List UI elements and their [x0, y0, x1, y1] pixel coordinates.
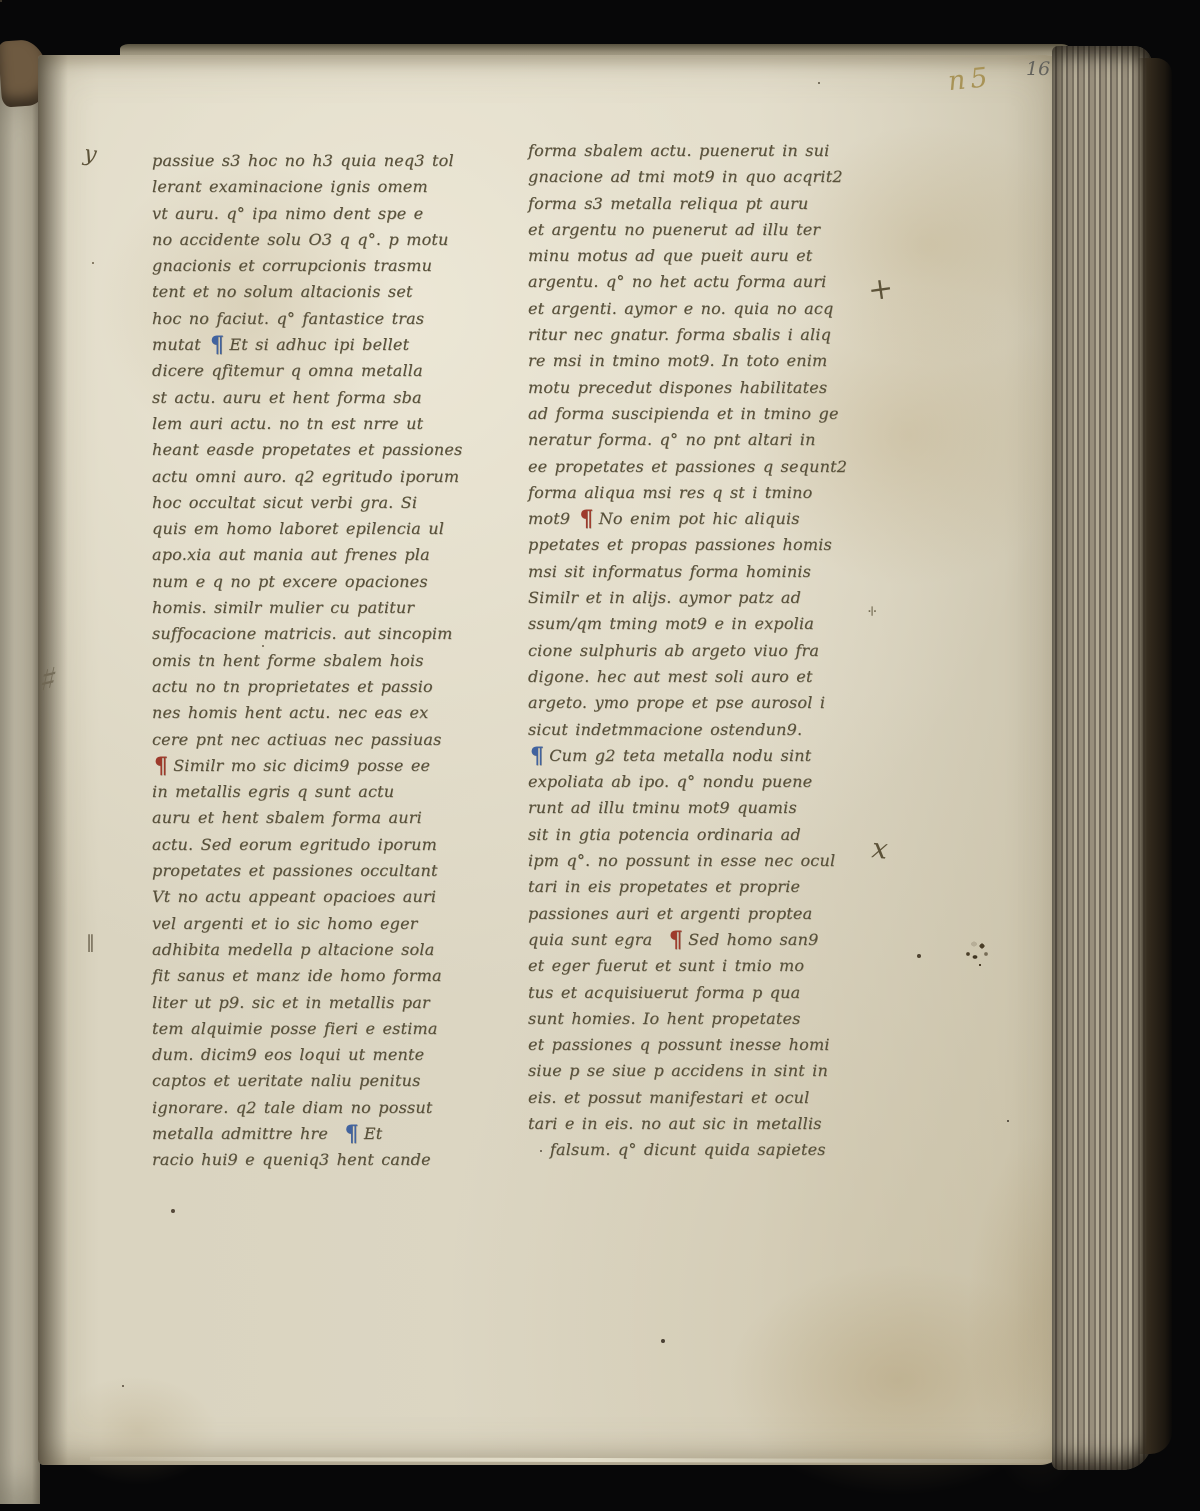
text-line: liter ut p9. sic et in metallis par	[152, 990, 492, 1016]
text-line: cione sulphuris ab argeto viuo fra	[528, 638, 918, 664]
text-line: runt ad illu tminu mot9 quamis	[528, 795, 918, 821]
paragraph-mark: ¶	[580, 511, 594, 527]
text-line: nes homis hent actu. nec eas ex	[152, 700, 492, 726]
text-line: ppetates et propas passiones homis	[528, 532, 918, 558]
text-line: ee propetates et passiones q sequnt2	[528, 454, 918, 480]
text-line: actu omni auro. q2 egritudo iporum	[152, 464, 492, 490]
text-line: falsum. q° dicunt quida sapietes	[528, 1137, 918, 1163]
text-line: adhibita medella p altacione sola	[152, 937, 492, 963]
text-line: ad forma suscipienda et in tmino ge	[528, 401, 918, 427]
text-line: quis em homo laboret epilencia ul	[152, 516, 492, 542]
text-line: quia sunt egra ¶Sed homo san9	[528, 927, 918, 953]
text-line: metalla admittre hre ¶Et	[152, 1121, 492, 1147]
fore-edge-pages	[1052, 46, 1152, 1470]
ink-blot	[962, 938, 996, 968]
previous-page-edge	[0, 72, 40, 1504]
photo-backdrop: n5 16 y ♯ ‖ + ÷ x passiue s3 hoc no h3 q…	[0, 0, 1200, 1511]
stain-bottom-left	[58, 1375, 218, 1485]
text-line: passiones auri et argenti proptea	[528, 901, 918, 927]
text-line: motu precedut dispones habilitates	[528, 375, 918, 401]
text-line: hoc occultat sicut verbi gra. Si	[152, 490, 492, 516]
text-line: sunt homies. Io hent propetates	[528, 1006, 918, 1032]
paragraph-mark: ¶	[210, 337, 224, 353]
text-line: tari e in eis. no aut sic in metallis	[528, 1111, 918, 1137]
text-line: num e q no pt excere opaciones	[152, 569, 492, 595]
text-line: auru et hent sbalem forma auri	[152, 805, 492, 831]
text-line: heant easde propetates et passiones	[152, 437, 492, 463]
text-line: tent et no solum altacionis set	[152, 279, 492, 305]
text-line: ignorare. q2 tale diam no possut	[152, 1095, 492, 1121]
text-line: suffocacione matricis. aut sincopim	[152, 621, 492, 647]
text-column-right: forma sbalem actu. puenerut in suignacio…	[528, 138, 918, 1164]
text-line: et eger fuerut et sunt i tmio mo	[528, 953, 918, 979]
text-line: argeto. ymo prope et pse aurosol i	[528, 690, 918, 716]
text-line: in metallis egris q sunt actu	[152, 779, 492, 805]
gutter-shadow	[38, 55, 68, 1465]
text-line: et argenti. aymor e no. quia no acq	[528, 296, 918, 322]
folio-number-pencil: 16	[1026, 58, 1050, 80]
text-line: ritur nec gnatur. forma sbalis i aliq	[528, 322, 918, 348]
text-line: cere pnt nec actiuas nec passiuas	[152, 727, 492, 753]
paragraph-mark: ¶	[669, 932, 683, 948]
text-line: gnacionis et corrupcionis trasmu	[152, 253, 492, 279]
text-line: et argentu no puenerut ad illu ter	[528, 217, 918, 243]
text-line: digone. hec aut mest soli auro et	[528, 664, 918, 690]
text-line: no accidente solu O3 q q°. p motu	[152, 227, 492, 253]
text-line: actu no tn proprietates et passio	[152, 674, 492, 700]
text-line: siue p se siue p accidens in sint in	[528, 1058, 918, 1084]
text-line: apo.xia aut mania aut frenes pla	[152, 542, 492, 568]
text-column-left: passiue s3 hoc no h3 quia neq3 tollerant…	[152, 148, 492, 1174]
text-line: lerant examinacione ignis omem	[152, 174, 492, 200]
text-line: ¶Similr mo sic dicim9 posse ee	[152, 753, 492, 779]
text-line: omis tn hent forme sbalem hois	[152, 648, 492, 674]
margin-mark-double-stroke: ‖	[86, 932, 95, 953]
text-line: vt auru. q° ipa nimo dent spe e	[152, 201, 492, 227]
text-line: fit sanus et manz ide homo forma	[152, 963, 492, 989]
text-line: argentu. q° no het actu forma auri	[528, 269, 918, 295]
text-line: mutat ¶Et si adhuc ipi bellet	[152, 332, 492, 358]
text-line: et passiones q possunt inesse homi	[528, 1032, 918, 1058]
text-line: mot9 ¶No enim pot hic aliquis	[528, 506, 918, 532]
paragraph-mark: ¶	[345, 1126, 359, 1142]
text-line: sicut indetmmacione ostendun9.	[528, 717, 918, 743]
dirt-specks	[0, 0, 2, 2]
text-line: tari in eis propetates et proprie	[528, 874, 918, 900]
text-line: ¶Cum g2 teta metalla nodu sint	[528, 743, 918, 769]
text-line: forma s3 metalla reliqua pt auru	[528, 191, 918, 217]
text-line: gnacione ad tmi mot9 in quo acqrit2	[528, 164, 918, 190]
text-line: st actu. auru et hent forma sba	[152, 385, 492, 411]
text-line: lem auri actu. no tn est nrre ut	[152, 411, 492, 437]
text-line: eis. et possut manifestari et ocul	[528, 1085, 918, 1111]
text-line: actu. Sed eorum egritudo iporum	[152, 832, 492, 858]
text-line: re msi in tmino mot9. In toto enim	[528, 348, 918, 374]
text-line: dum. dicim9 eos loqui ut mente	[152, 1042, 492, 1068]
text-line: dicere qfitemur q omna metalla	[152, 358, 492, 384]
text-line: passiue s3 hoc no h3 quia neq3 tol	[152, 148, 492, 174]
text-line: msi sit informatus forma hominis	[528, 559, 918, 585]
text-line: propetates et passiones occultant	[152, 858, 492, 884]
text-line: tem alquimie posse fieri e estima	[152, 1016, 492, 1042]
text-line: expoliata ab ipo. q° nondu puene	[528, 769, 918, 795]
text-line: homis. similr mulier cu patitur	[152, 595, 492, 621]
text-line: minu motus ad que pueit auru et	[528, 243, 918, 269]
text-line: ssum/qm tming mot9 e in expolia	[528, 611, 918, 637]
paragraph-mark: ¶	[154, 758, 168, 774]
text-line: neratur forma. q° no pnt altari in	[528, 427, 918, 453]
text-line: tus et acquisiuerut forma p qua	[528, 980, 918, 1006]
text-line: vel argenti et io sic homo eger	[152, 911, 492, 937]
text-line: sit in gtia potencia ordinaria ad	[528, 822, 918, 848]
text-line: racio hui9 e queniq3 hent cande	[152, 1147, 492, 1173]
paragraph-mark: ¶	[530, 748, 544, 764]
text-line: forma sbalem actu. puenerut in sui	[528, 138, 918, 164]
text-line: Vt no actu appeant opacioes auri	[152, 884, 492, 910]
folio-number-ink: n5	[947, 62, 995, 97]
text-line: captos et ueritate naliu penitus	[152, 1068, 492, 1094]
binding-edge	[1138, 58, 1172, 1454]
text-line: hoc no faciut. q° fantastice tras	[152, 306, 492, 332]
text-line: forma aliqua msi res q st i tmino	[528, 480, 918, 506]
text-line: Similr et in alijs. aymor patz ad	[528, 585, 918, 611]
text-line: ipm q°. no possunt in esse nec ocul	[528, 848, 918, 874]
